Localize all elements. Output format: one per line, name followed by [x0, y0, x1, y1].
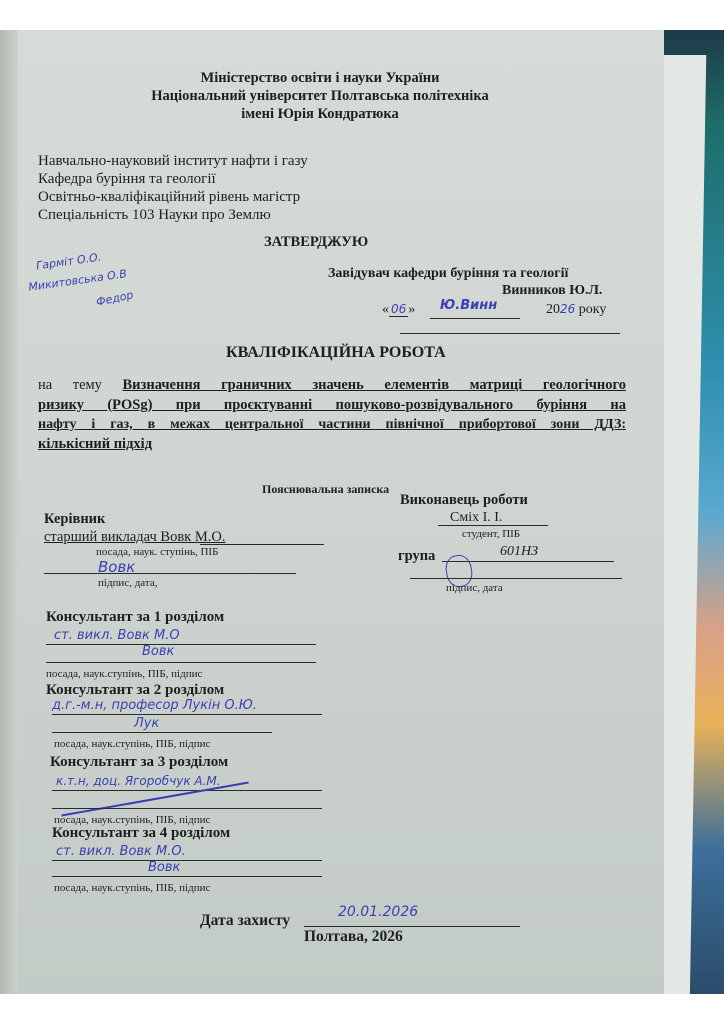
explanatory-note: Пояснювальна записка	[262, 482, 389, 497]
consultant-1-handwritten: ст. викл. Вовк М.О	[54, 628, 180, 643]
approval-year: 2026 року	[546, 302, 606, 318]
consultant-2-caption: посада, наук.ступінь, ПІБ, підпис	[54, 738, 210, 750]
consultant-2-line-1	[52, 714, 322, 715]
consultant-3-line-2	[52, 808, 322, 809]
work-theme: на тему Визначення граничних значень еле…	[38, 376, 626, 454]
specialty-line: Спеціальність 103 Науки про Землю	[38, 207, 271, 224]
supervisor-line	[200, 544, 324, 545]
defense-line	[304, 926, 520, 927]
head-position: Завідувач кафедри буріння та геології	[328, 266, 568, 282]
consultant-1-line-2	[46, 662, 316, 663]
approval-date: «06»	[382, 302, 415, 318]
consultant-3-line-1	[52, 790, 322, 791]
year-handwritten: 26	[560, 302, 575, 316]
approval-title: ЗАТВЕРДЖУЮ	[264, 234, 368, 251]
head-name: Винников Ю.Л.	[502, 283, 602, 299]
supervisor-caption: посада, наук. ступінь, ПІБ	[96, 546, 218, 558]
consultant-2-label: Консультант за 2 розділом	[46, 682, 224, 699]
consultant-4-handwritten: ст. викл. Вовк М.О.	[56, 844, 186, 859]
approval-divider	[400, 333, 620, 334]
consultant-1-label: Консультант за 1 розділом	[46, 609, 224, 626]
margin-note-1: Гарміт О.О.	[35, 251, 102, 273]
student-label: Виконавець роботи	[400, 492, 528, 509]
consultant-1-signature: Вовк	[142, 644, 174, 659]
consultant-2-handwritten: д.г.-м.н, професор Лукін О.Ю.	[52, 698, 257, 713]
consultant-3-handwritten: к.т.н, доц. Ягоробчук А.М.	[56, 774, 221, 788]
supervisor-label: Керівник	[44, 511, 105, 528]
consultant-4-label: Консультант за 4 розділом	[52, 825, 230, 842]
consultant-1-caption: посада, наук.ступінь, ПІБ, підпис	[46, 668, 202, 680]
defense-label: Дата захисту	[200, 912, 290, 930]
consultant-2-signature: Лук	[134, 716, 159, 731]
university-heading: Національний університет Полтавська полі…	[0, 88, 640, 105]
date-month-line	[430, 318, 520, 319]
consultant-3-label: Консультант за 3 розділом	[50, 754, 228, 771]
consultant-2-line-2	[52, 732, 272, 733]
document-photo: Міністерство освіти і науки України Наці…	[0, 30, 724, 994]
supervisor-value: старший викладач Вовк М.О.	[44, 529, 225, 546]
consultant-4-signature: Вовк	[148, 860, 180, 875]
work-title: КВАЛІФІКАЦІЙНА РОБОТА	[226, 344, 446, 362]
group-label: група	[398, 548, 435, 565]
head-signature: Ю.Винн	[440, 298, 497, 313]
consultant-4-line-1	[52, 860, 322, 861]
student-sign-line	[410, 578, 622, 579]
university-name-suffix: імені Юрія Кондратюка	[0, 106, 640, 123]
student-name: Сміх І. І.	[450, 510, 502, 526]
group-value: 601НЗ	[500, 544, 538, 560]
consultant-4-line-2	[52, 876, 322, 877]
city-year: Полтава, 2026	[304, 928, 403, 946]
department-line: Кафедра буріння та геології	[38, 171, 216, 188]
supervisor-sign-line	[44, 573, 296, 574]
ministry-heading: Міністерство освіти і науки України	[0, 70, 640, 87]
margin-note-3: Федор	[95, 288, 134, 309]
page-edge	[0, 30, 18, 994]
defense-date: 20.01.2026	[338, 904, 418, 920]
level-line: Освітньо-кваліфікаційний рівень магістр	[38, 189, 300, 206]
student-sign-caption: підпис, дата	[446, 582, 503, 594]
title-page: Міністерство освіти і науки України Наці…	[0, 30, 664, 994]
consultant-4-caption: посада, наук.ступінь, ПІБ, підпис	[54, 882, 210, 894]
consultant-1-line-1	[46, 644, 316, 645]
date-day: 06	[389, 302, 408, 317]
institute-line: Навчально-науковий інститут нафти і газу	[38, 153, 308, 170]
student-name-line	[438, 525, 548, 526]
student-caption: студент, ПІБ	[462, 528, 520, 540]
supervisor-sign-caption: підпис, дата,	[98, 577, 157, 589]
